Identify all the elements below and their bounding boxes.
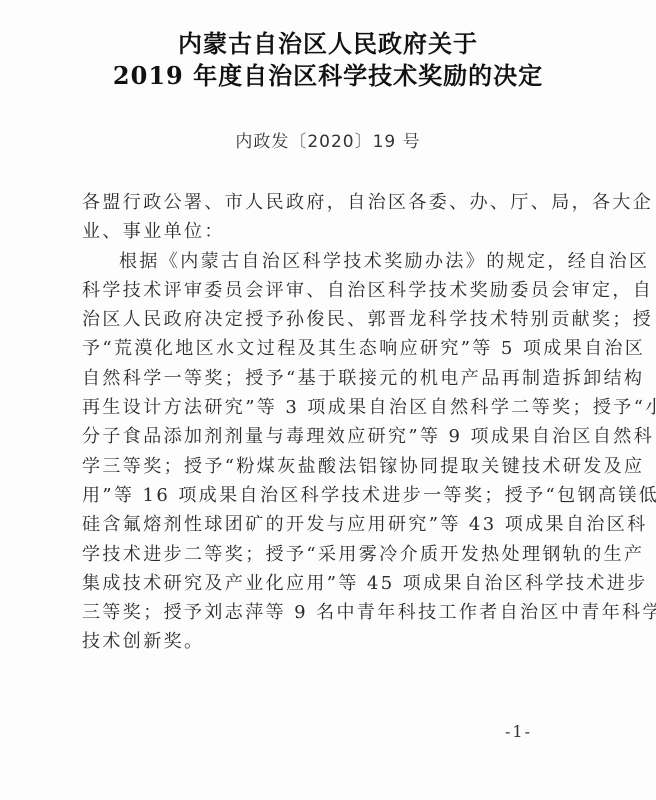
addressee-paragraph: 各盟行政公署、市人民政府，自治区各委、办、厅、局，各大企 业、事业单位： (82, 188, 574, 247)
body-line: 治区人民政府决定授予孙俊民、郭晋龙科学技术特别贡献奖；授 (82, 305, 574, 334)
body-line: 硅含氟熔剂性球团矿的开发与应用研究”等 43 项成果自治区科 (82, 510, 574, 539)
body-line: 学技术进步二等奖；授予“采用雾冷介质开发热处理钢轨的生产 (82, 540, 574, 569)
body-line: 用”等 16 项成果自治区科学技术进步一等奖；授予“包钢高镁低 (82, 481, 574, 510)
body-line: 自然科学一等奖；授予“基于联接元的机电产品再制造拆卸结构 (82, 364, 574, 393)
body-line: 学三等奖；授予“粉煤灰盐酸法铝镓协同提取关键技术研发及应 (82, 452, 574, 481)
decision-paragraph: 根据《内蒙古自治区科学技术奖励办法》的规定，经自治区 科学技术评审委员会评审、自… (82, 247, 574, 657)
body-line: 科学技术评审委员会评审、自治区科学技术奖励委员会审定，自 (82, 276, 574, 305)
document-title-line1: 内蒙古自治区人民政府关于 (0, 28, 656, 60)
document-number: 内政发〔2020〕19 号 (0, 127, 656, 152)
addressee-line: 业、事业单位： (82, 217, 574, 246)
body-line: 三等奖；授予刘志萍等 9 名中青年科技工作者自治区中青年科学 (82, 598, 574, 627)
body-line: 分子食品添加剂剂量与毒理效应研究”等 9 项成果自治区自然科 (82, 422, 574, 451)
body-line: 再生设计方法研究”等 3 项成果自治区自然科学二等奖；授予“小 (82, 393, 574, 422)
addressee-line: 各盟行政公署、市人民政府，自治区各委、办、厅、局，各大企 (82, 188, 574, 217)
page-number: -1- (505, 722, 532, 741)
document-page: 内蒙古自治区人民政府关于 2019 年度自治区科学技术奖励的决定 内政发〔202… (0, 0, 656, 800)
body-line: 集成技术研究及产业化应用”等 45 项成果自治区科学技术进步 (82, 569, 574, 598)
document-body: 各盟行政公署、市人民政府，自治区各委、办、厅、局，各大企 业、事业单位： 根据《… (82, 188, 574, 657)
body-line: 技术创新奖。 (82, 627, 574, 656)
document-title-line2: 2019 年度自治区科学技术奖励的决定 (0, 60, 656, 92)
body-line: 根据《内蒙古自治区科学技术奖励办法》的规定，经自治区 (82, 247, 574, 276)
body-line: 予“荒漠化地区水文过程及其生态响应研究”等 5 项成果自治区 (82, 334, 574, 363)
